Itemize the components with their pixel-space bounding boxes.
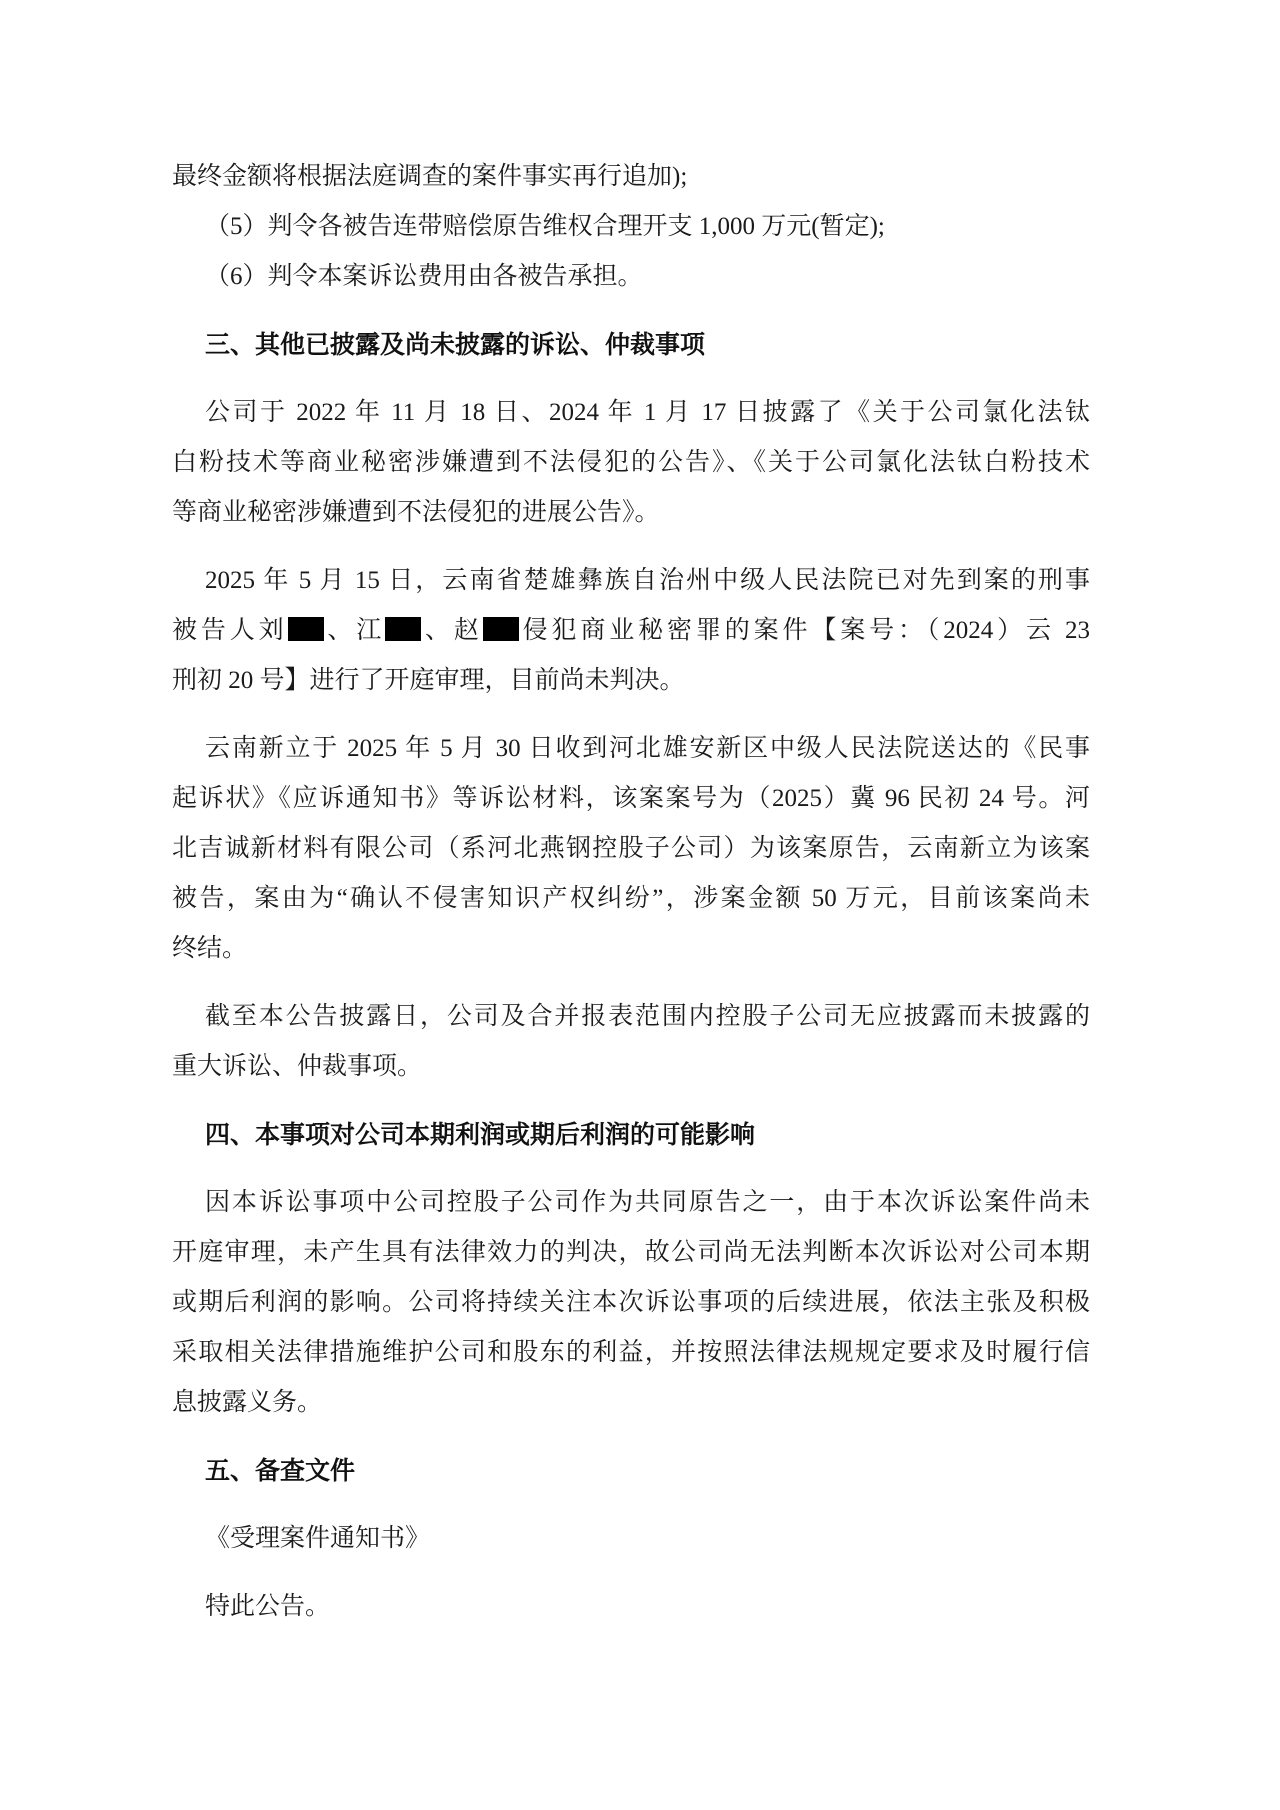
redaction-box: [483, 617, 519, 641]
section-heading-reference-documents: 五、备查文件: [172, 1446, 1090, 1496]
section-heading-other-litigation: 三、其他已披露及尚未披露的诉讼、仲裁事项: [172, 320, 1090, 370]
paragraph-no-undisclosed: 截至本公告披露日，公司及合并报表范围内控股子公司无应披露而未披露的 重大诉讼、仲…: [172, 992, 1090, 1092]
text-line: 特此公告。: [172, 1582, 1090, 1632]
text-segment: 被告人刘: [172, 617, 288, 644]
text-line: 采取相关法律措施维护公司和股东的利益，并按照法律法规规定要求及时履行信: [172, 1328, 1090, 1378]
text-line: 重大诉讼、仲裁事项。: [172, 1042, 1090, 1092]
heading-text: 五、备查文件: [172, 1446, 1090, 1496]
text-line: 《受理案件通知书》: [172, 1514, 1090, 1564]
redaction-box: [288, 617, 324, 641]
document-content: 最终金额将根据法庭调查的案件事实再行追加); （5）判令各被告连带赔偿原告维权合…: [172, 152, 1090, 1650]
redaction-box: [385, 617, 421, 641]
paragraph-prior-disclosure: 公司于 2022 年 11 月 18 日、2024 年 1 月 17 日披露了《…: [172, 388, 1090, 538]
text-line: 2025 年 5 月 15 日，云南省楚雄彝族自治州中级人民法院已对先到案的刑事: [172, 556, 1090, 606]
text-segment: 、江: [324, 617, 386, 644]
text-segment: 侵犯商业秘密罪的案件【案号：（2024）云 23: [519, 617, 1090, 644]
section-heading-profit-impact: 四、本事项对公司本期利润或期后利润的可能影响: [172, 1110, 1090, 1160]
text-line-redacted: 被告人刘、江、赵侵犯商业秘密罪的案件【案号：（2024）云 23: [172, 606, 1090, 656]
text-line: 公司于 2022 年 11 月 18 日、2024 年 1 月 17 日披露了《…: [172, 388, 1090, 438]
list-item-claim-5: （5）判令各被告连带赔偿原告维权合理开支 1,000 万元(暂定);: [172, 202, 1090, 252]
paragraph-reference-document: 《受理案件通知书》: [172, 1514, 1090, 1564]
text-line: 或期后利润的影响。公司将持续关注本次诉讼事项的后续进展，依法主张及积极: [172, 1278, 1090, 1328]
text-line: 刑初 20 号】进行了开庭审理，目前尚未判决。: [172, 656, 1090, 706]
paragraph-claims-tail: 最终金额将根据法庭调查的案件事实再行追加); （5）判令各被告连带赔偿原告维权合…: [172, 152, 1090, 302]
heading-text: 三、其他已披露及尚未披露的诉讼、仲裁事项: [172, 320, 1090, 370]
heading-text: 四、本事项对公司本期利润或期后利润的可能影响: [172, 1110, 1090, 1160]
text-line: 等商业秘密涉嫌遭到不法侵犯的进展公告》。: [172, 488, 1090, 538]
paragraph-closing: 特此公告。: [172, 1582, 1090, 1632]
paragraph-profit-impact: 因本诉讼事项中公司控股子公司作为共同原告之一，由于本次诉讼案件尚未 开庭审理，未…: [172, 1178, 1090, 1428]
paragraph-criminal-case: 2025 年 5 月 15 日，云南省楚雄彝族自治州中级人民法院已对先到案的刑事…: [172, 556, 1090, 706]
text-line: 被告，案由为“确认不侵害知识产权纠纷”，涉案金额 50 万元，目前该案尚未: [172, 874, 1090, 924]
text-line: 截至本公告披露日，公司及合并报表范围内控股子公司无应披露而未披露的: [172, 992, 1090, 1042]
document-page: 最终金额将根据法庭调查的案件事实再行追加); （5）判令各被告连带赔偿原告维权合…: [0, 0, 1280, 1810]
paragraph-civil-case: 云南新立于 2025 年 5 月 30 日收到河北雄安新区中级人民法院送达的《民…: [172, 724, 1090, 974]
text-line: 终结。: [172, 924, 1090, 974]
text-line: 北吉诚新材料有限公司（系河北燕钢控股子公司）为该案原告，云南新立为该案: [172, 824, 1090, 874]
text-line: 起诉状》《应诉通知书》等诉讼材料，该案案号为（2025）冀 96 民初 24 号…: [172, 774, 1090, 824]
text-line: 息披露义务。: [172, 1378, 1090, 1428]
text-segment: 、赵: [421, 617, 483, 644]
text-line: 开庭审理，未产生具有法律效力的判决，故公司尚无法判断本次诉讼对公司本期: [172, 1228, 1090, 1278]
text-line: 白粉技术等商业秘密涉嫌遭到不法侵犯的公告》、《关于公司氯化法钛白粉技术: [172, 438, 1090, 488]
text-line: 最终金额将根据法庭调查的案件事实再行追加);: [172, 152, 1090, 202]
list-item-claim-6: （6）判令本案诉讼费用由各被告承担。: [172, 252, 1090, 302]
text-line: 云南新立于 2025 年 5 月 30 日收到河北雄安新区中级人民法院送达的《民…: [172, 724, 1090, 774]
text-line: 因本诉讼事项中公司控股子公司作为共同原告之一，由于本次诉讼案件尚未: [172, 1178, 1090, 1228]
